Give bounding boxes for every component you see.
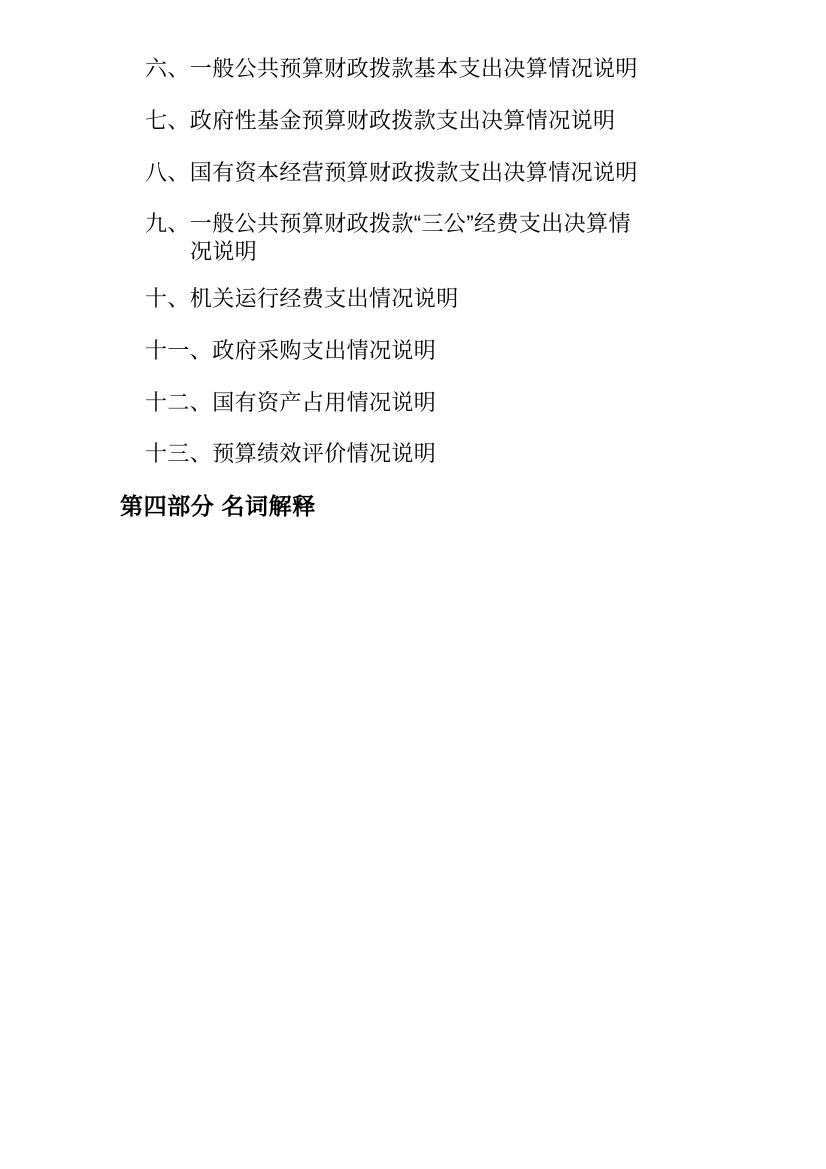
toc-item-7: 七、政府性基金预算财政拨款支出决算情况说明	[145, 107, 615, 135]
section-heading-part-4: 第四部分 名词解释	[120, 492, 316, 520]
toc-item-6: 六、一般公共预算财政拨款基本支出决算情况说明	[145, 55, 638, 83]
toc-item-9: 九、一般公共预算财政拨款“三公”经费支出决算情 况说明	[145, 210, 631, 266]
toc-item-10: 十、机关运行经费支出情况说明	[145, 285, 459, 313]
document-page: 六、一般公共预算财政拨款基本支出决算情况说明 七、政府性基金预算财政拨款支出决算…	[0, 0, 826, 1169]
toc-item-8: 八、国有资本经营预算财政拨款支出决算情况说明	[145, 159, 638, 187]
toc-item-12: 十二、国有资产占用情况说明	[145, 389, 436, 417]
toc-item-9-line-2: 况说明	[145, 238, 631, 266]
toc-item-9-line-1: 九、一般公共预算财政拨款“三公”经费支出决算情	[145, 210, 631, 238]
toc-item-13: 十三、预算绩效评价情况说明	[145, 440, 436, 468]
toc-item-11: 十一、政府采购支出情况说明	[145, 337, 436, 365]
